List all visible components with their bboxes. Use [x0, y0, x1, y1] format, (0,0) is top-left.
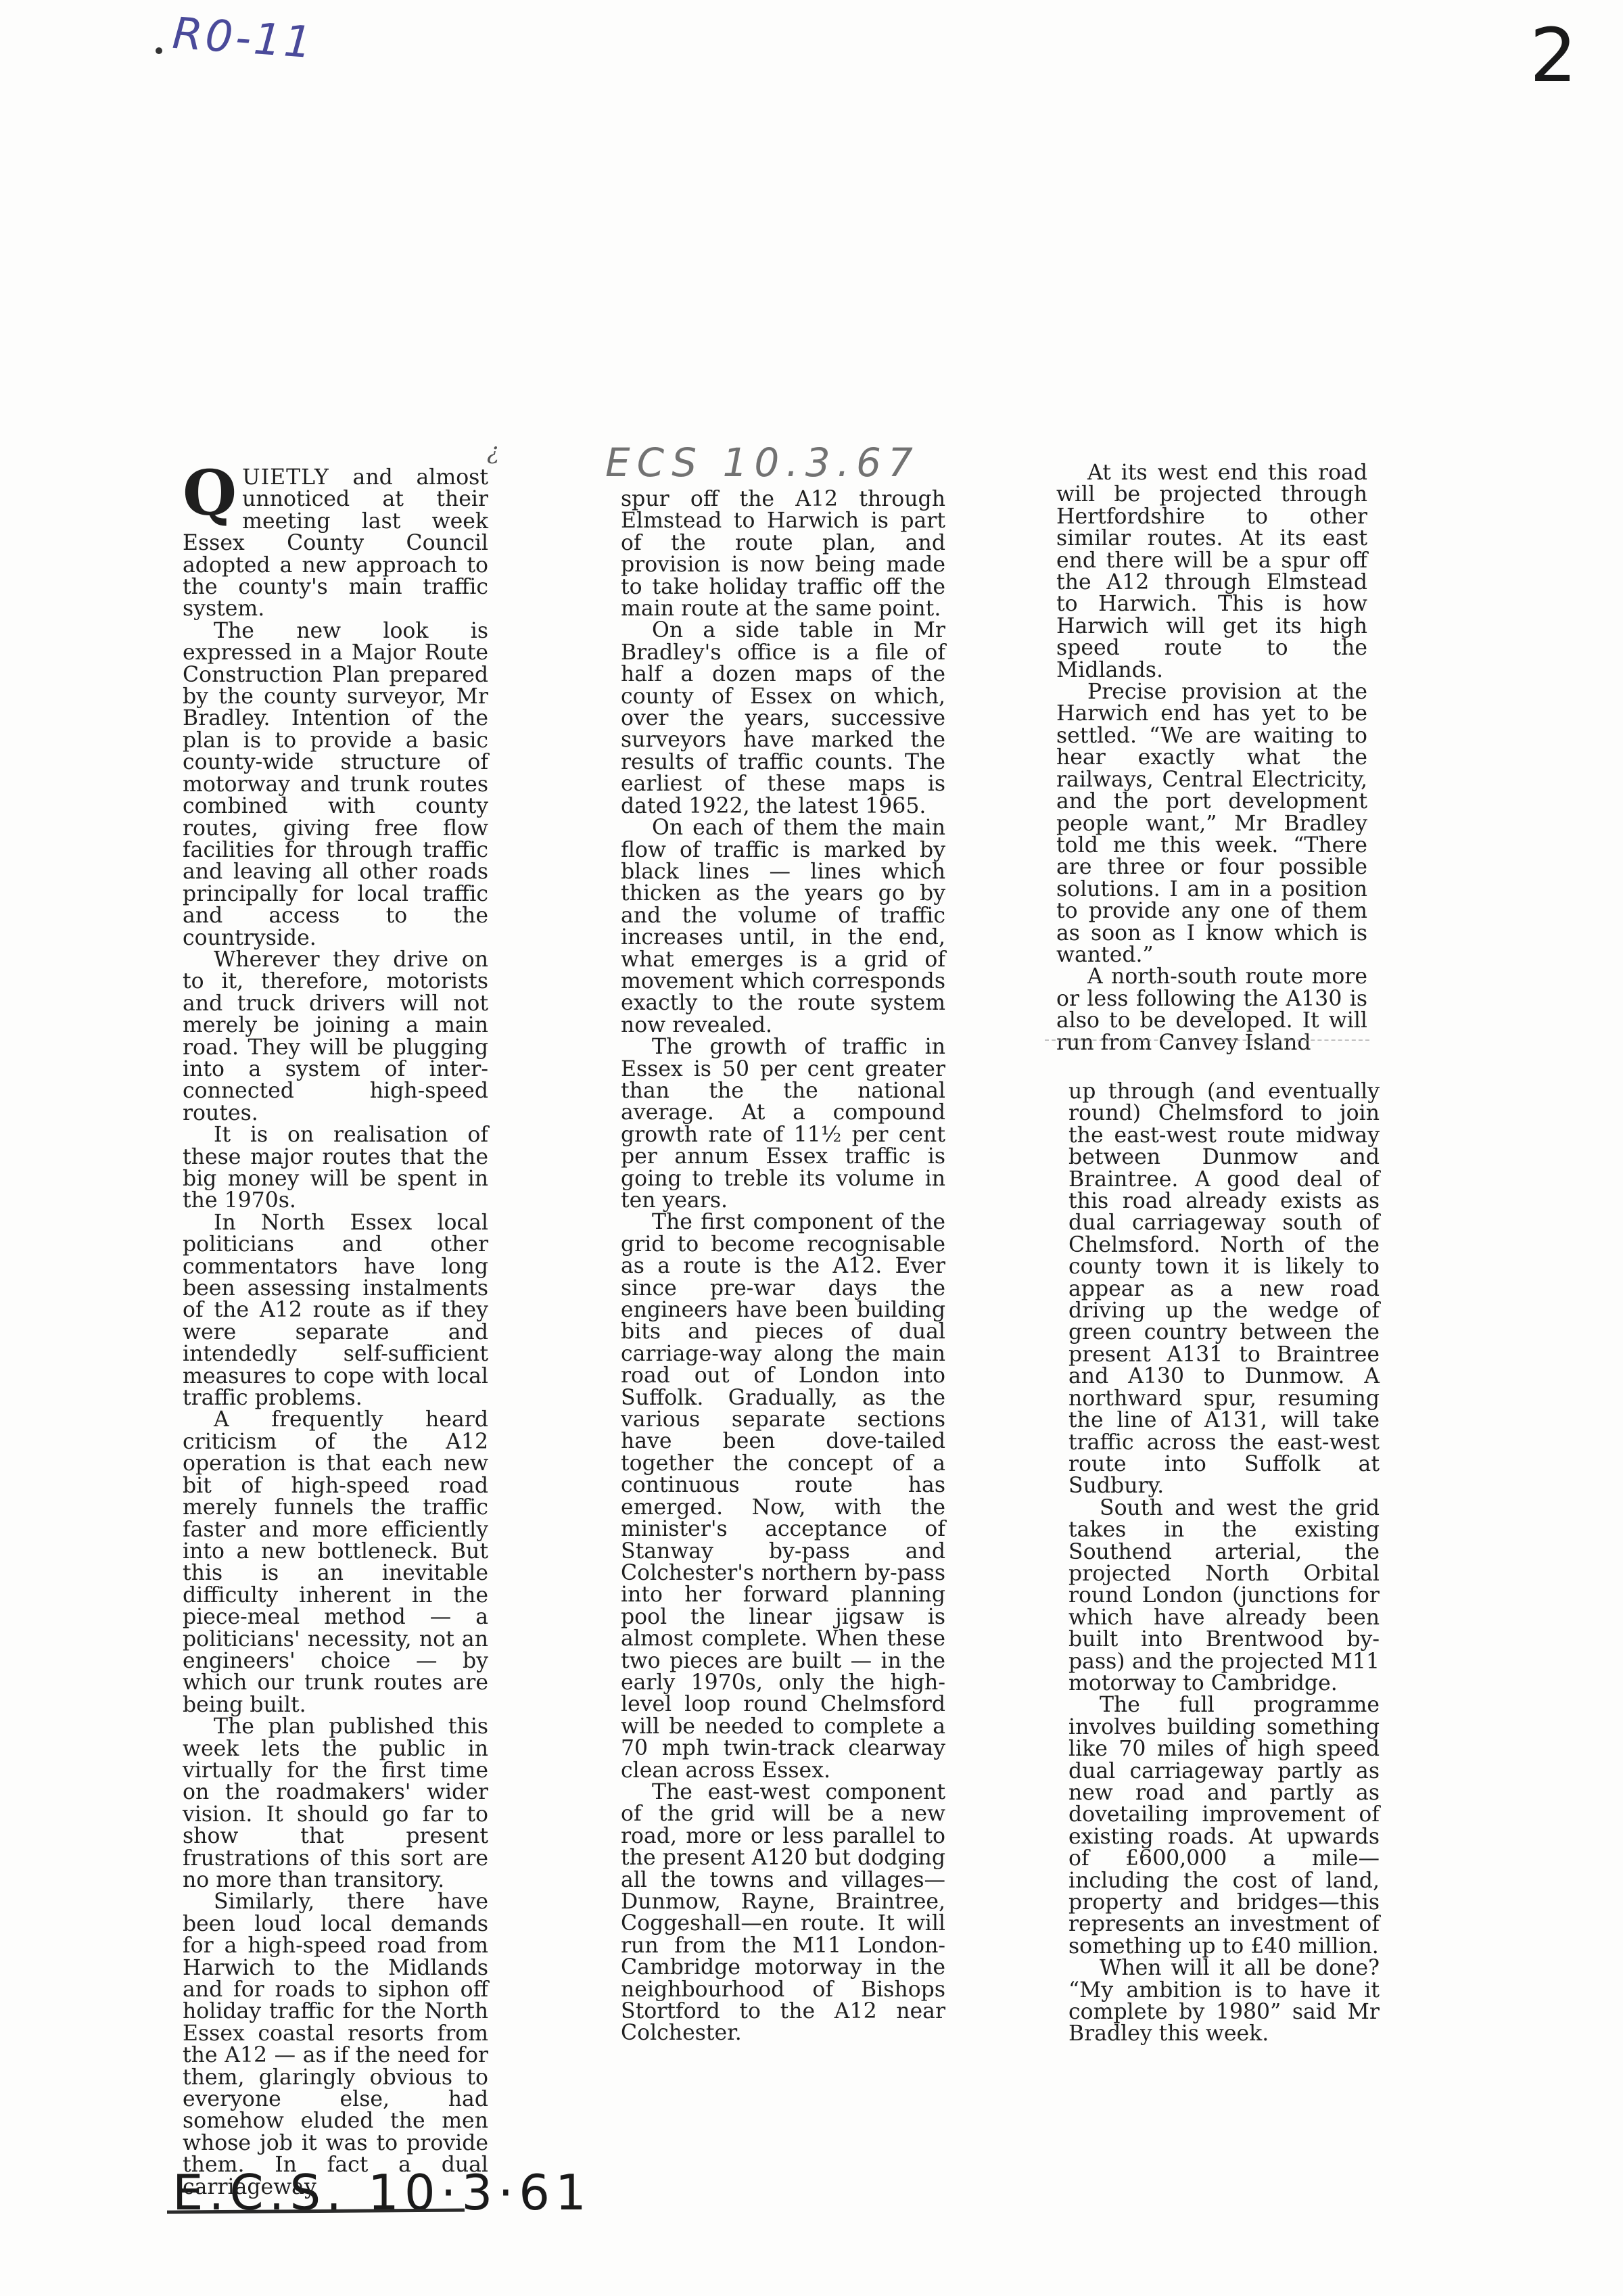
clipping-cut-line: [1045, 1039, 1369, 1041]
article-paragraph: Wherever they drive on to it, therefore,…: [183, 949, 488, 1124]
margin-mark: ¿: [487, 438, 499, 465]
article-paragraph: On a side table in Mr Bradley's office i…: [621, 619, 945, 817]
archive-reference-annotation: R0-11: [171, 9, 316, 68]
article-paragraph: The new look is expressed in a Major Rou…: [183, 620, 488, 949]
ink-dot: [156, 47, 162, 54]
article-paragraph: up through (and eventually round) Chelms…: [1068, 1081, 1380, 1497]
article-paragraph: Similarly, there have been loud local de…: [183, 1891, 488, 2198]
article-column-2: spur off the A12 through Elmstead to Har…: [621, 488, 945, 2044]
article-column-3-top: At its west end this road will be projec…: [1056, 462, 1367, 1054]
article-column-1: QUIETLY and almost unnoticed at their me…: [183, 467, 488, 2198]
article-paragraph: The east-west component of the grid will…: [621, 1781, 945, 2044]
date-stamp-top: ECS 10.3.67: [605, 440, 920, 486]
article-paragraph: The first component of the grid to becom…: [621, 1211, 945, 1781]
article-paragraph: The plan published this week lets the pu…: [183, 1716, 488, 1891]
article-paragraph: On each of them the main flow of traffic…: [621, 817, 945, 1036]
article-paragraph: It is on realisation of these major rout…: [183, 1124, 488, 1212]
article-paragraph: spur off the A12 through Elmstead to Har…: [621, 488, 945, 619]
page-number-annotation: 2: [1530, 12, 1580, 99]
article-paragraph: Precise provision at the Harwich end has…: [1056, 681, 1367, 966]
article-paragraph: The full programme involves building som…: [1068, 1694, 1380, 1957]
article-paragraph: QUIETLY and almost unnoticed at their me…: [183, 467, 488, 620]
article-paragraph: When will it all be done? “My ambition i…: [1068, 1957, 1380, 2045]
article-paragraph: A frequently heard criticism of the A12 …: [183, 1409, 488, 1716]
article-column-3-bottom: up through (and eventually round) Chelms…: [1068, 1081, 1380, 2045]
article-paragraph: In North Essex local politicians and oth…: [183, 1212, 488, 1409]
article-paragraph: South and west the grid takes in the exi…: [1068, 1497, 1380, 1695]
drop-cap: Q: [183, 469, 237, 517]
lead-caps: UIETLY: [242, 465, 329, 490]
article-paragraph: The growth of traffic in Essex is 50 per…: [621, 1036, 945, 1211]
article-paragraph: At its west end this road will be projec…: [1056, 462, 1367, 681]
